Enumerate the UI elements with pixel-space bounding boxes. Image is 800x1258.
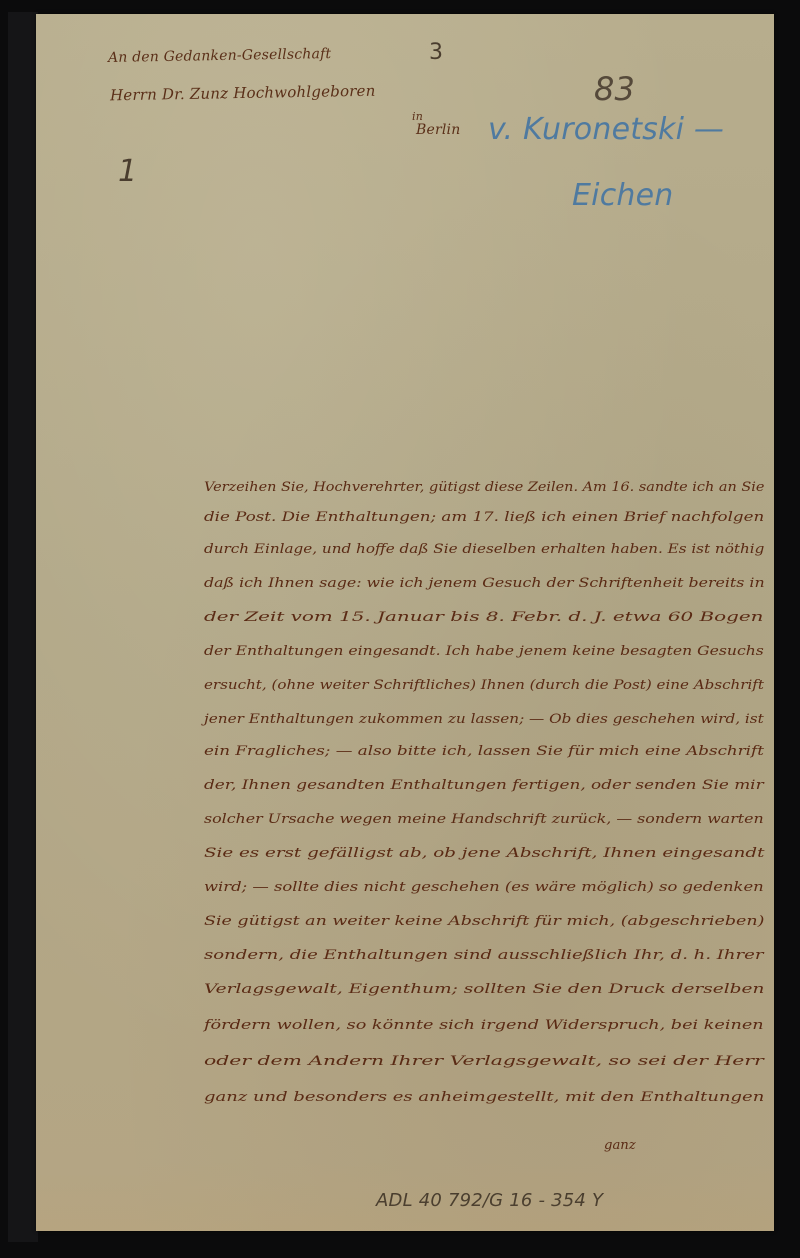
blue-annotation-place: Eichen bbox=[572, 178, 673, 213]
body-line: der, Ihnen gesandten Enthaltungen fertig… bbox=[204, 778, 764, 793]
body-line: Verzeihen Sie, Hochverehrter, gütigst di… bbox=[204, 480, 764, 495]
body-line: solcher Ursache wegen meine Handschrift … bbox=[204, 812, 764, 827]
archive-number: 83 bbox=[594, 70, 635, 108]
page-number: 3 bbox=[429, 40, 443, 65]
address-line-2: Herrn Dr. Zunz Hochwohlgeboren bbox=[110, 82, 376, 105]
address-line-4: Berlin bbox=[416, 122, 460, 138]
body-line: Sie gütigst an weiter keine Abschrift fü… bbox=[204, 914, 764, 929]
folio-number: 1 bbox=[118, 154, 137, 189]
body-line: durch Einlage, und hoffe daß Sie dieselb… bbox=[204, 542, 764, 557]
letter-page: 3 An den Gedanken-Gesellschaft Herrn Dr.… bbox=[36, 14, 774, 1231]
body-line: Sie es erst gefälligst ab, ob jene Absch… bbox=[204, 846, 764, 861]
blue-annotation-author: v. Kuronetski — bbox=[488, 112, 724, 147]
body-line: oder dem Andern Ihrer Verlagsgewalt, so … bbox=[204, 1054, 764, 1069]
body-line: Verlagsgewalt, Eigenthum; sollten Sie de… bbox=[204, 982, 764, 997]
body-line: wird; — sollte dies nicht geschehen (es … bbox=[204, 880, 764, 895]
body-line: der Enthaltungen eingesandt. Ich habe je… bbox=[204, 644, 764, 659]
body-line: daß ich Ihnen sage: wie ich jenem Gesuch… bbox=[204, 576, 765, 591]
archive-shelfmark: ADL 40 792/G 16 - 354 Y bbox=[376, 1190, 603, 1211]
body-line: die Post. Die Enthaltungen; am 17. ließ … bbox=[204, 510, 764, 525]
body-line-catchword: ganz bbox=[604, 1138, 636, 1153]
body-line: ein Fragliches; — also bitte ich, lassen… bbox=[204, 744, 764, 759]
scan-backdrop bbox=[8, 12, 38, 1242]
body-line: fördern wollen, so könnte sich irgend Wi… bbox=[204, 1018, 764, 1033]
body-line: sondern, die Enthaltungen sind ausschlie… bbox=[204, 948, 764, 963]
body-line: ersucht, (ohne weiter Schriftliches) Ihn… bbox=[204, 678, 764, 693]
body-line: ganz und besonders es anheimgestellt, mi… bbox=[204, 1090, 764, 1105]
body-line: jener Enthaltungen zukommen zu lassen; —… bbox=[204, 712, 764, 727]
body-line: der Zeit vom 15. Januar bis 8. Febr. d. … bbox=[204, 610, 763, 625]
address-line-1: An den Gedanken-Gesellschaft bbox=[108, 46, 332, 66]
